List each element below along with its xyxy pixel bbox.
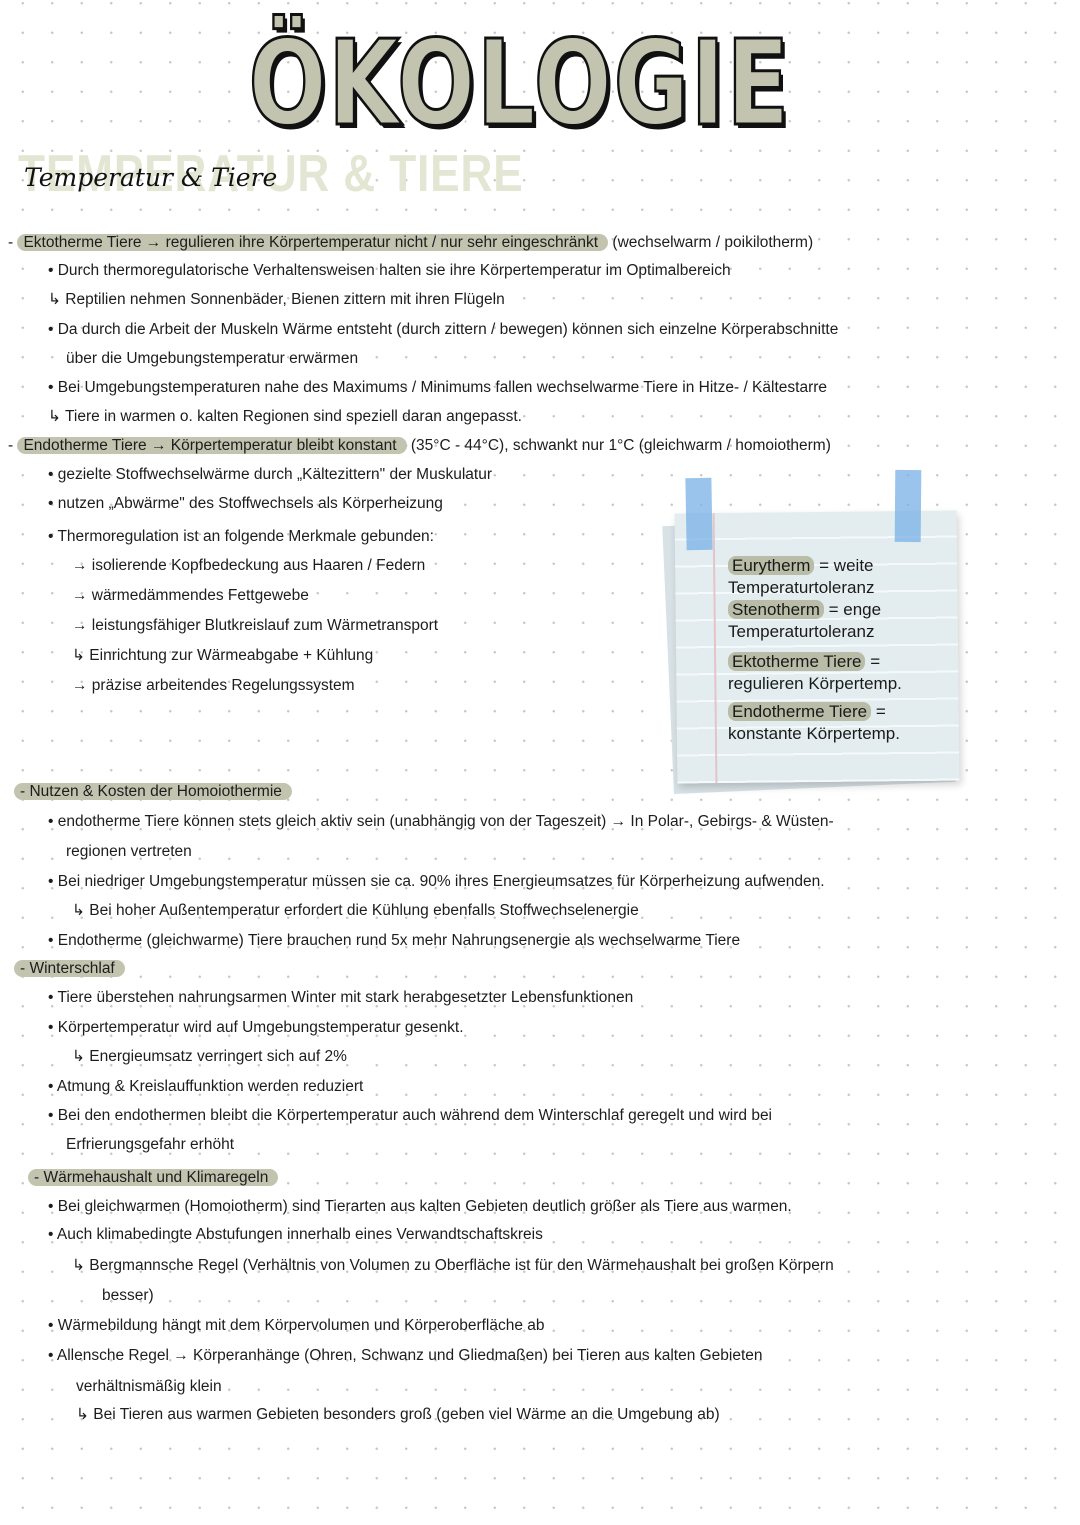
subtitle: Temperatur & Tiere (24, 165, 277, 190)
winterschlaf-heading-highlight: - Winterschlaf (14, 960, 125, 977)
nutzen-heading-highlight: - Nutzen & Kosten der Homoiothermie (14, 783, 292, 800)
list-item: ↳ Reptilien nehmen Sonnenbäder, Bienen z… (48, 290, 505, 310)
ektotherme-heading-highlight: Ektotherme Tiere → regulieren ihre Körpe… (17, 234, 608, 251)
list-item: verhältnismäßig klein (76, 1377, 222, 1397)
list-item: → wärmedämmendes Fettgewebe (72, 586, 309, 606)
list-item: • Wärmebildung hängt mit dem Körpervolum… (48, 1316, 545, 1336)
list-item: • endotherme Tiere können stets gleich a… (48, 812, 834, 832)
list-item: ↳ Bei hoher Außentemperatur erfordert di… (72, 901, 639, 921)
tape-strip-right (895, 470, 922, 542)
list-item: • gezielte Stoffwechselwärme durch „Kält… (48, 465, 492, 485)
list-item: • Da durch die Arbeit der Muskeln Wärme … (48, 320, 838, 340)
page-title-wrap: ÖKOLOGIE (270, 8, 770, 158)
list-item: • Bei den endothermen bleibt die Körpert… (48, 1106, 772, 1126)
ektotherme-heading-rest: (wechselwarm / poikilotherm) (612, 234, 813, 251)
list-item: • Atmung & Kreislauffunktion werden redu… (48, 1077, 363, 1097)
endotherme-heading-rest: (35°C - 44°C), schwankt nur 1°C (gleichw… (411, 437, 831, 454)
list-item: • Endotherme (gleichwarme) Tiere brauche… (48, 931, 740, 951)
list-item: • nutzen „Abwärme" des Stoffwechsels als… (48, 494, 443, 514)
note-term: Endotherme Tiere (728, 702, 871, 721)
winterschlaf-heading: - Winterschlaf (14, 959, 125, 979)
list-item: ↳ Energieumsatz verringert sich auf 2% (72, 1047, 347, 1067)
ektotherme-heading: - Ektotherme Tiere → regulieren ihre Kör… (8, 233, 813, 253)
list-item: • Bei gleichwarmen (Homoiotherm) sind Ti… (48, 1197, 792, 1217)
list-item: • Durch thermoregulatorische Verhaltensw… (48, 261, 731, 281)
list-item: → präzise arbeitendes Regelungssystem (72, 676, 355, 696)
list-item: besser) (102, 1286, 154, 1306)
list-item: • Auch klimabedingte Abstufungen innerha… (48, 1225, 543, 1245)
waermehaushalt-heading-highlight: - Wärmehaushalt und Klimaregeln (28, 1169, 278, 1186)
list-item: ↳ Einrichtung zur Wärmeabgabe + Kühlung (72, 646, 373, 666)
sticky-note-text: Eurytherm = weite Temperaturtoleranz Ste… (728, 555, 948, 745)
endotherme-heading-highlight: Endotherme Tiere → Körpertemperatur blei… (17, 437, 406, 454)
page-title: ÖKOLOGIE (249, 24, 791, 142)
nutzen-heading: - Nutzen & Kosten der Homoiothermie (14, 782, 292, 802)
list-item: • Bei niedriger Umgebungstemperatur müss… (48, 872, 825, 892)
note-term: Eurytherm (728, 556, 814, 575)
list-item: • Thermoregulation ist an folgende Merkm… (48, 527, 434, 547)
list-item: → leistungsfähiger Blutkreislauf zum Wär… (72, 616, 438, 636)
note-term: Stenotherm (728, 600, 824, 619)
endotherme-heading: - Endotherme Tiere → Körpertemperatur bl… (8, 436, 831, 456)
list-item: • Allensche Regel → Körperanhänge (Ohren… (48, 1346, 763, 1366)
list-item: • Tiere überstehen nahrungsarmen Winter … (48, 988, 633, 1008)
waermehaushalt-heading: - Wärmehaushalt und Klimaregeln (28, 1168, 278, 1188)
list-item: ↳ Bei Tieren aus warmen Gebieten besonde… (76, 1405, 720, 1425)
list-item: über die Umgebungstemperatur erwärmen (66, 349, 358, 369)
list-item: → isolierende Kopfbedeckung aus Haaren /… (72, 556, 425, 576)
tape-strip-left (685, 478, 712, 550)
list-item: ↳ Tiere in warmen o. kalten Regionen sin… (48, 407, 522, 427)
list-item: ↳ Bergmannsche Regel (Verhältnis von Vol… (72, 1256, 834, 1276)
note-term: Ektotherme Tiere (728, 652, 865, 671)
list-item: • Bei Umgebungstemperaturen nahe des Max… (48, 378, 827, 398)
list-item: Erfrierungsgefahr erhöht (66, 1135, 234, 1155)
list-item: • Körpertemperatur wird auf Umgebungstem… (48, 1018, 464, 1038)
list-item: regionen vertreten (66, 842, 192, 862)
